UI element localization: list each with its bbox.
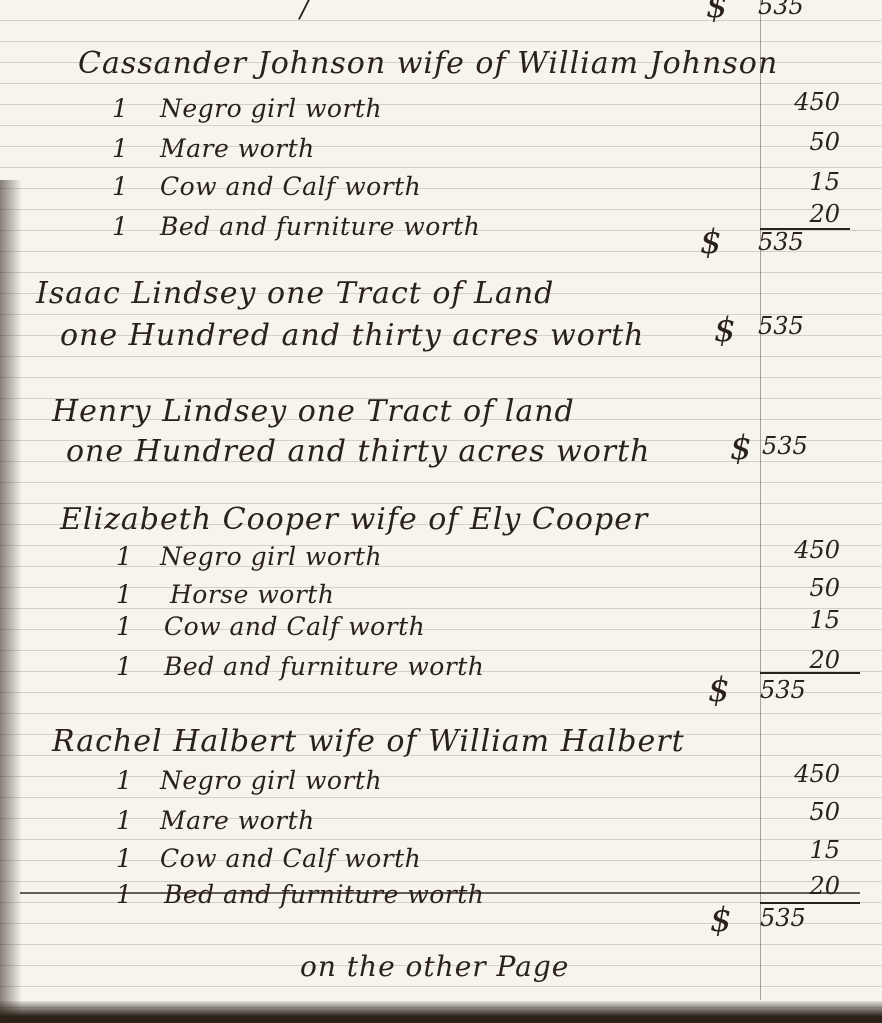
item-amount: 20 [770, 646, 840, 674]
item-amount: 450 [770, 536, 840, 564]
footer-note: on the other Page [300, 950, 569, 983]
entry-total: 535 [762, 432, 808, 460]
item-desc: Cow and Calf worth [164, 612, 425, 641]
entry-heading: Cassander Johnson wife of William Johnso… [78, 46, 778, 81]
item-qty: 1 [116, 880, 132, 909]
item-desc: Mare worth [160, 806, 315, 835]
entry-total: 535 [760, 904, 806, 932]
item-desc: Bed and furniture worth [160, 212, 480, 241]
item-amount: 50 [770, 574, 840, 602]
sum-rule [760, 672, 860, 674]
carried-total: 535 [758, 0, 804, 20]
item-qty: 1 [116, 766, 132, 795]
item-desc: Cow and Calf worth [160, 172, 421, 201]
scan-edge-shadow-bottom [0, 1001, 882, 1023]
item-qty: 1 [116, 612, 132, 641]
item-desc: Negro girl worth [160, 542, 382, 571]
item-qty: 1 [112, 134, 128, 163]
item-amount: 15 [770, 168, 840, 196]
item-amount: 15 [770, 606, 840, 634]
dollar-sign: $ [700, 222, 722, 262]
item-amount: 450 [770, 760, 840, 788]
ledger-page: $ 535 / Cassander Johnson wife of Willia… [0, 0, 882, 1023]
scan-edge-shadow-left [0, 180, 22, 1023]
entry-total: 535 [758, 312, 804, 340]
dollar-sign: $ [714, 310, 736, 350]
item-qty: 1 [112, 172, 128, 201]
entry-heading: Elizabeth Cooper wife of Ely Cooper [60, 502, 648, 537]
item-amount: 50 [770, 798, 840, 826]
item-desc: Bed and furniture worth [164, 652, 484, 681]
item-qty: 1 [112, 212, 128, 241]
entry-total: 535 [760, 676, 806, 704]
item-amount: 20 [770, 200, 840, 228]
dollar-sign: $ [708, 670, 730, 710]
item-amount: 20 [770, 872, 840, 900]
item-amount: 450 [770, 88, 840, 116]
item-amount: 15 [770, 836, 840, 864]
dollar-sign: $ [706, 0, 728, 26]
item-desc: Mare worth [160, 134, 315, 163]
item-desc: Negro girl worth [160, 766, 382, 795]
item-qty: 1 [116, 844, 132, 873]
item-desc: Cow and Calf worth [160, 844, 421, 873]
entry-line2: one Hundred and thirty acres worth [60, 318, 645, 353]
item-qty: 1 [116, 542, 132, 571]
dollar-sign: $ [710, 900, 732, 940]
amount-column-rule [760, 0, 761, 1000]
entry-total: 535 [758, 228, 804, 256]
entry-heading: Isaac Lindsey one Tract of Land [36, 276, 554, 311]
item-desc: Bed and furniture worth [164, 880, 484, 909]
dollar-sign: $ [730, 428, 752, 468]
entry-heading: Henry Lindsey one Tract of land [52, 394, 575, 429]
item-qty: 1 [116, 652, 132, 681]
item-desc: Horse worth [170, 580, 334, 609]
item-qty: 1 [112, 94, 128, 123]
entry-heading: Rachel Halbert wife of William Halbert [52, 724, 685, 759]
strike-rule [20, 892, 860, 894]
item-qty: 1 [116, 806, 132, 835]
entry-line2: one Hundred and thirty acres worth [66, 434, 651, 469]
item-amount: 50 [770, 128, 840, 156]
item-desc: Negro girl worth [160, 94, 382, 123]
item-qty: 1 [116, 580, 132, 609]
stroke-mark: / [300, 0, 309, 24]
